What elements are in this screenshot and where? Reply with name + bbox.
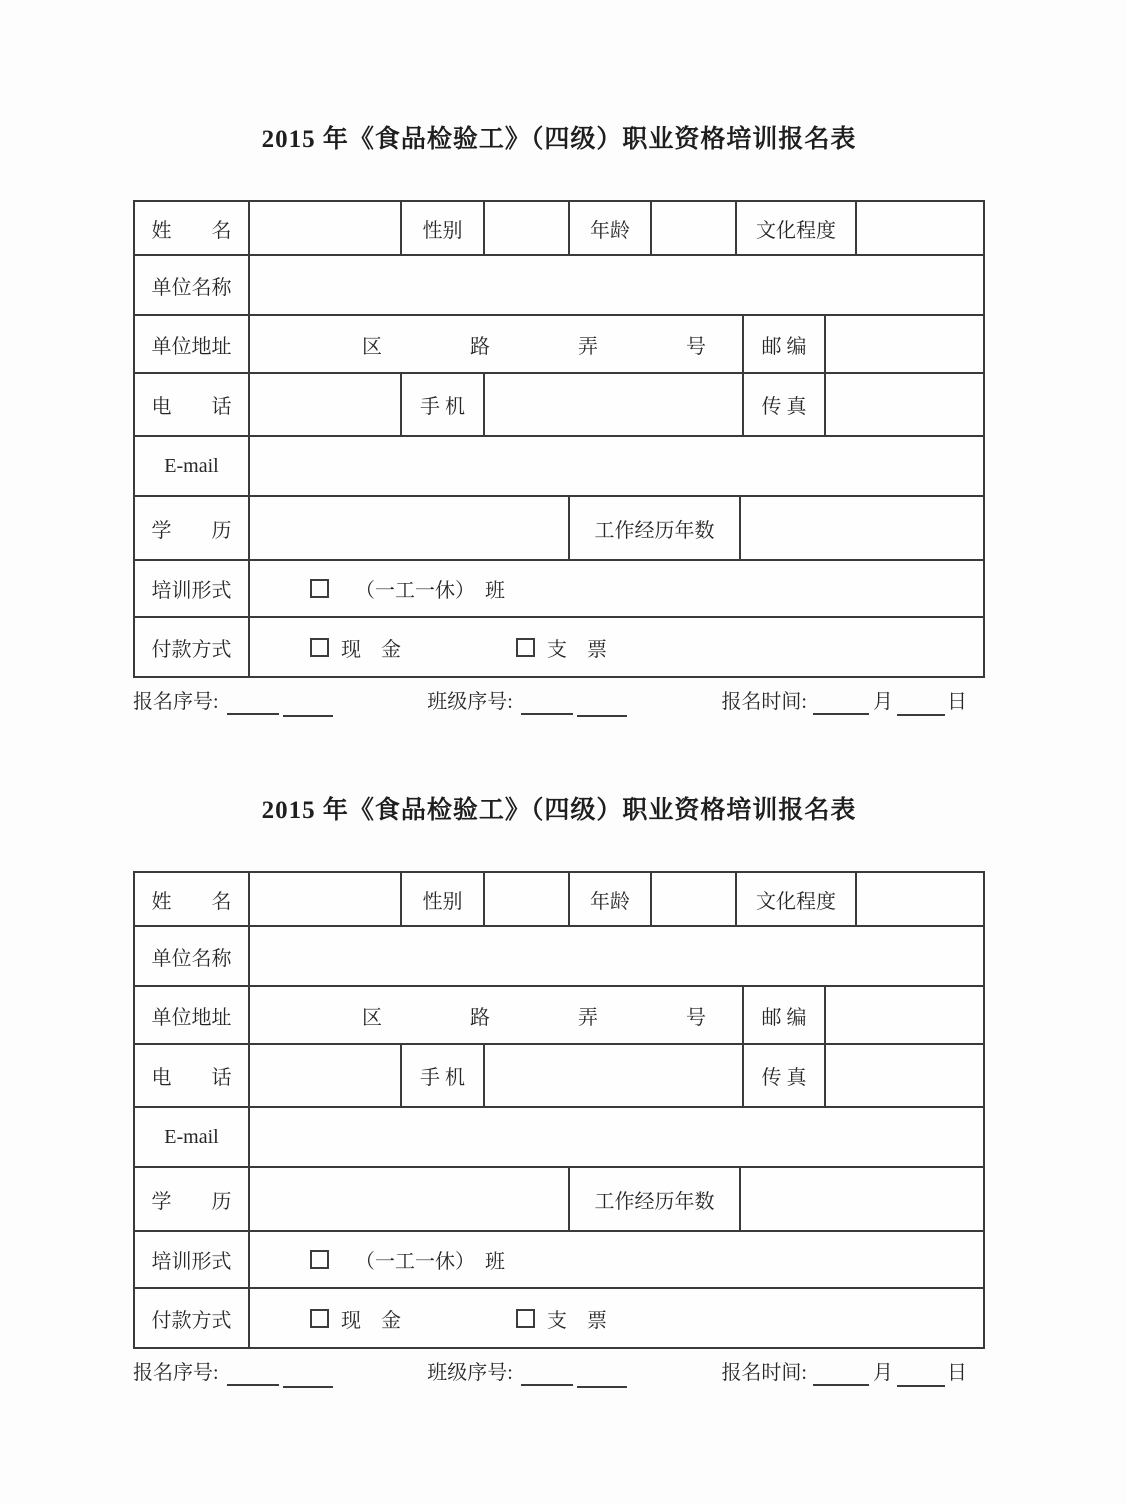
row-phone: 电 话 手 机 传 真	[135, 374, 983, 437]
work-years-value-cell	[741, 1168, 983, 1230]
registration-number-blank	[283, 697, 333, 717]
phone-value-cell	[250, 374, 402, 435]
name-label: 姓 名	[135, 873, 250, 925]
payment-options-cell: 现 金 支 票	[250, 1289, 983, 1347]
registration-number-field: 报名序号:	[133, 1360, 333, 1386]
mobile-value-cell	[485, 374, 744, 435]
payment-check-label: 支 票	[547, 633, 607, 662]
class-number-blank	[577, 1368, 627, 1388]
class-number-blank	[521, 1366, 573, 1386]
gender-value-cell	[485, 873, 570, 925]
payment-method-label: 付款方式	[135, 618, 250, 676]
work-years-value-cell	[741, 497, 983, 559]
row-name: 姓 名 性别 年龄 文化程度	[135, 873, 983, 927]
name-label: 姓 名	[135, 202, 250, 254]
education-level-value-cell	[857, 202, 983, 254]
checkbox-icon	[310, 1309, 329, 1328]
scanned-document-page: { "page": { "background_color": "#fdfdfd…	[0, 0, 1126, 1505]
registration-time-label: 报名时间:	[721, 689, 807, 715]
row-phone: 电 话 手 机 传 真	[135, 1045, 983, 1108]
company-address-label: 单位地址	[135, 316, 250, 372]
email-value-cell	[250, 437, 983, 495]
form-footer: 报名序号: 班级序号: 报名时间: 月 日	[133, 1360, 967, 1386]
registration-time-field: 报名时间: 月 日	[721, 689, 967, 715]
registration-number-blank	[227, 695, 279, 715]
company-address-label: 单位地址	[135, 987, 250, 1043]
row-company-name: 单位名称	[135, 927, 983, 987]
class-number-label: 班级序号:	[427, 689, 513, 715]
work-years-label: 工作经历年数	[570, 1168, 741, 1230]
company-name-label: 单位名称	[135, 927, 250, 985]
house-number-label: 号	[686, 330, 706, 359]
education-level-value-cell	[857, 873, 983, 925]
form-title: 2015 年《食品检验工》（四级）职业资格培训报名表	[133, 795, 985, 827]
class-number-blank	[577, 697, 627, 717]
payment-cash-label: 现 金	[341, 633, 401, 662]
checkbox-icon	[310, 1250, 329, 1269]
training-form-label: 培训形式	[135, 561, 250, 616]
registration-number-label: 报名序号:	[133, 689, 219, 715]
gender-value-cell	[485, 202, 570, 254]
training-form-label: 培训形式	[135, 1232, 250, 1287]
payment-cash-label: 现 金	[341, 1304, 401, 1333]
company-address-value-cell: 区 路 弄 号	[250, 987, 744, 1043]
checkbox-icon	[516, 1309, 535, 1328]
row-company-address: 单位地址 区 路 弄 号 邮 编	[135, 316, 983, 374]
email-label: E-mail	[135, 437, 250, 495]
row-email: E-mail	[135, 437, 983, 497]
district-label: 区	[362, 330, 382, 359]
registration-time-label: 报名时间:	[721, 1360, 807, 1386]
checkbox-icon	[310, 638, 329, 657]
month-blank	[813, 1366, 869, 1386]
payment-check-label: 支 票	[547, 1304, 607, 1333]
postcode-label: 邮 编	[744, 316, 826, 372]
company-address-value-cell: 区 路 弄 号	[250, 316, 744, 372]
registration-table: 姓 名 性别 年龄 文化程度 单位名称 单位地址 区 路 弄 号 邮 编	[133, 200, 985, 678]
email-label: E-mail	[135, 1108, 250, 1166]
postcode-value-cell	[826, 316, 983, 372]
day-blank	[897, 1367, 945, 1387]
payment-options-cell: 现 金 支 票	[250, 618, 983, 676]
month-blank	[813, 695, 869, 715]
form-title: 2015 年《食品检验工》（四级）职业资格培训报名表	[133, 124, 985, 156]
phone-label: 电 话	[135, 1045, 250, 1106]
class-number-field: 班级序号:	[427, 1360, 627, 1386]
month-label: 月	[873, 1360, 893, 1386]
company-name-label: 单位名称	[135, 256, 250, 314]
work-years-label: 工作经历年数	[570, 497, 741, 559]
postcode-value-cell	[826, 987, 983, 1043]
company-name-value-cell	[250, 927, 983, 985]
row-company-address: 单位地址 区 路 弄 号 邮 编	[135, 987, 983, 1045]
checkbox-icon	[516, 638, 535, 657]
age-value-cell	[652, 873, 737, 925]
age-label: 年龄	[570, 202, 652, 254]
name-value-cell	[250, 873, 402, 925]
payment-method-label: 付款方式	[135, 1289, 250, 1347]
mobile-value-cell	[485, 1045, 744, 1106]
district-label: 区	[362, 1001, 382, 1030]
registration-number-label: 报名序号:	[133, 1360, 219, 1386]
class-number-blank	[521, 695, 573, 715]
row-payment: 付款方式 现 金 支 票	[135, 618, 983, 676]
road-label: 路	[470, 330, 490, 359]
name-value-cell	[250, 202, 402, 254]
day-blank	[897, 696, 945, 716]
phone-value-cell	[250, 1045, 402, 1106]
class-number-field: 班级序号:	[427, 689, 627, 715]
registration-number-blank	[227, 1366, 279, 1386]
fax-label: 传 真	[744, 1045, 826, 1106]
day-label: 日	[947, 689, 967, 715]
row-email: E-mail	[135, 1108, 983, 1168]
training-form-options-cell: （一工一休） 班	[250, 1232, 983, 1287]
form-footer: 报名序号: 班级序号: 报名时间: 月 日	[133, 689, 967, 715]
class-number-label: 班级序号:	[427, 1360, 513, 1386]
row-training-form: 培训形式 （一工一休） 班	[135, 1232, 983, 1289]
lane-label: 弄	[578, 1001, 598, 1030]
day-label: 日	[947, 1360, 967, 1386]
training-option-label: （一工一休） 班	[355, 574, 505, 603]
degree-value-cell	[250, 497, 570, 559]
registration-number-field: 报名序号:	[133, 689, 333, 715]
gender-label: 性别	[402, 202, 485, 254]
registration-table: 姓 名 性别 年龄 文化程度 单位名称 单位地址 区 路 弄 号 邮 编	[133, 871, 985, 1349]
row-training-form: 培训形式 （一工一休） 班	[135, 561, 983, 618]
degree-label: 学 历	[135, 497, 250, 559]
fax-value-cell	[826, 1045, 983, 1106]
age-label: 年龄	[570, 873, 652, 925]
row-name: 姓 名 性别 年龄 文化程度	[135, 202, 983, 256]
road-label: 路	[470, 1001, 490, 1030]
fax-label: 传 真	[744, 374, 826, 435]
company-name-value-cell	[250, 256, 983, 314]
row-company-name: 单位名称	[135, 256, 983, 316]
degree-value-cell	[250, 1168, 570, 1230]
house-number-label: 号	[686, 1001, 706, 1030]
row-payment: 付款方式 现 金 支 票	[135, 1289, 983, 1347]
training-option-label: （一工一休） 班	[355, 1245, 505, 1274]
education-level-label: 文化程度	[737, 202, 857, 254]
training-form-options-cell: （一工一休） 班	[250, 561, 983, 616]
education-level-label: 文化程度	[737, 873, 857, 925]
age-value-cell	[652, 202, 737, 254]
checkbox-icon	[310, 579, 329, 598]
mobile-label: 手 机	[402, 374, 485, 435]
degree-label: 学 历	[135, 1168, 250, 1230]
registration-time-field: 报名时间: 月 日	[721, 1360, 967, 1386]
form-copy-2: 2015 年《食品检验工》（四级）职业资格培训报名表 姓 名 性别 年龄 文化程…	[133, 795, 985, 1386]
fax-value-cell	[826, 374, 983, 435]
form-copy-1: 2015 年《食品检验工》（四级）职业资格培训报名表 姓 名 性别 年龄 文化程…	[133, 124, 985, 715]
row-education: 学 历 工作经历年数	[135, 1168, 983, 1232]
row-education: 学 历 工作经历年数	[135, 497, 983, 561]
mobile-label: 手 机	[402, 1045, 485, 1106]
postcode-label: 邮 编	[744, 987, 826, 1043]
email-value-cell	[250, 1108, 983, 1166]
lane-label: 弄	[578, 330, 598, 359]
phone-label: 电 话	[135, 374, 250, 435]
month-label: 月	[873, 689, 893, 715]
gender-label: 性别	[402, 873, 485, 925]
registration-number-blank	[283, 1368, 333, 1388]
